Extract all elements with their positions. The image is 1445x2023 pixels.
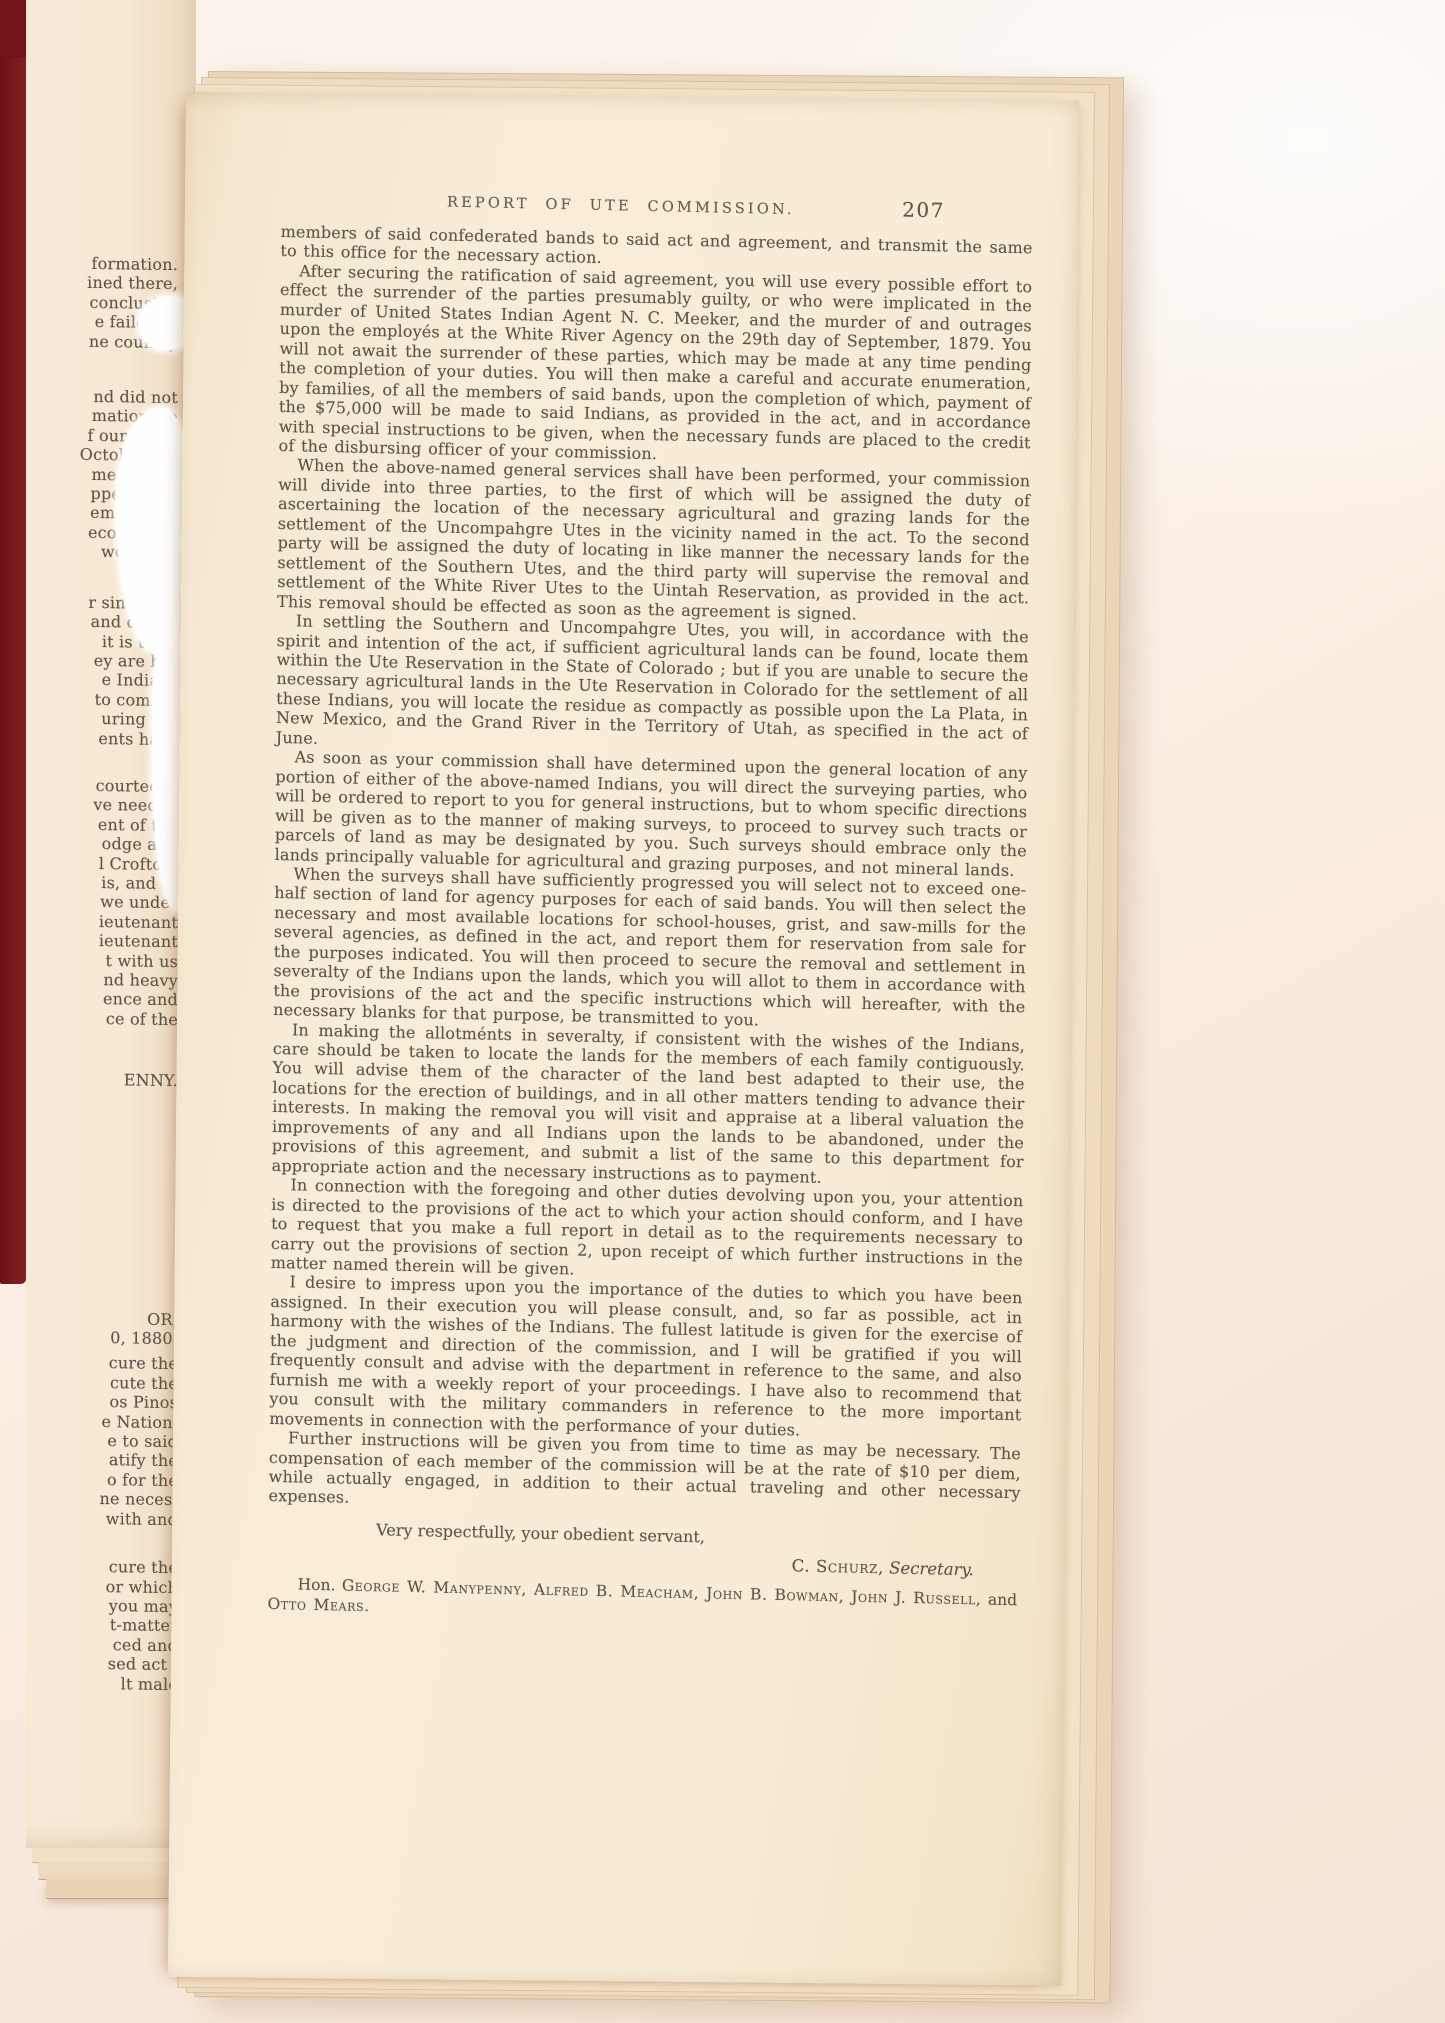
text-fragment-line: t-matter — [26, 1614, 184, 1636]
addressee-conjunction: and — [988, 1590, 1017, 1609]
text-fragment-line: ieutenant — [26, 911, 184, 933]
running-head: REPORT OF UTE COMMISSION. 207 — [281, 187, 1033, 225]
text-fragment-line: cute the — [26, 1372, 184, 1394]
text-fragment-line: e Nation, — [26, 1411, 184, 1433]
body-paragraph: In connection with the foregoing and oth… — [271, 1175, 1024, 1289]
addressee-honorific: Hon. — [298, 1575, 336, 1594]
text-fragment-line: you may — [26, 1595, 184, 1617]
text-fragment-line: OR, — [26, 1308, 184, 1330]
addressee-names: George W. Manypenny, Alfred B. Meacham, … — [342, 1576, 982, 1608]
text-fragment-line: sed act ; — [26, 1653, 184, 1675]
text-fragment-line: o for the — [26, 1469, 184, 1491]
fragment-group: cure thecute theos Pinose Nation,e to sa… — [26, 1352, 184, 1529]
page-number: 207 — [902, 198, 945, 221]
text-fragment-line: e to said — [26, 1430, 184, 1452]
text-fragment-line: with and — [26, 1508, 184, 1530]
text-fragment-line: ne neces- — [26, 1488, 184, 1510]
signature-title: Secretary. — [889, 1558, 974, 1579]
text-fragment-line: cure the — [26, 1352, 184, 1374]
signature-name: C. Schurz, — [792, 1556, 884, 1577]
body-paragraph: In settling the Southern and Uncompahgre… — [276, 611, 1029, 764]
text-fragment-line: ced and — [26, 1634, 184, 1656]
book-cover-edge — [0, 0, 26, 1284]
fragment-group: OR,0, 1880. — [26, 1308, 184, 1349]
text-fragment-line: atify the — [26, 1449, 184, 1471]
body-paragraph: Further instructions will be given you f… — [268, 1428, 1021, 1522]
text-fragment-line: ined there, — [26, 272, 184, 294]
text-fragment-line: or which — [26, 1576, 184, 1598]
text-fragment-line: 0, 1880. — [26, 1327, 184, 1349]
body-paragraph: After securing the ratification of said … — [279, 261, 1033, 472]
text-fragment-line: t with us — [26, 950, 184, 972]
left-page-fragment: formation.ined there,conclusione failed … — [26, 0, 196, 1848]
body-paragraph: As soon as your commission shall have de… — [275, 747, 1028, 880]
report-body: members of said confederated bands to sa… — [268, 222, 1032, 1522]
addressee-last-name: Otto Mears. — [267, 1595, 369, 1615]
text-fragment-line: ieutenant — [26, 930, 184, 952]
fragment-group: cure theor whichyou mayt-matterced andse… — [26, 1556, 184, 1694]
addressee-line: Hon. George W. Manypenny, Alfred B. Meac… — [267, 1574, 1019, 1630]
body-paragraph: When the surveys shall have sufficiently… — [273, 864, 1026, 1036]
text-fragment-line: nd did not — [26, 386, 184, 408]
text-fragment-line: we under — [26, 891, 184, 913]
report-page: REPORT OF UTE COMMISSION. 207 members of… — [168, 92, 1079, 1985]
text-fragment-line: formation. — [26, 253, 184, 275]
page-title: REPORT OF UTE COMMISSION. — [447, 195, 795, 219]
page-content: REPORT OF UTE COMMISSION. 207 members of… — [267, 187, 1033, 1630]
text-fragment-line: os Pinos — [26, 1391, 184, 1413]
text-fragment-line: ENNY. — [26, 1069, 184, 1091]
photograph-of-book-page: formation.ined there,conclusione failed … — [0, 0, 1445, 2023]
valediction: Very respectfully, your obedient servant… — [376, 1520, 1020, 1553]
body-paragraph: I desire to impress upon you the importa… — [269, 1272, 1022, 1444]
text-fragment-line: ce of the — [26, 1008, 184, 1030]
body-paragraph: In making the allotménts in severalty, i… — [272, 1019, 1025, 1191]
text-fragment-line: lt male — [26, 1673, 184, 1695]
text-fragment-line: nd heavy — [26, 969, 184, 991]
text-fragment-line: ence and — [26, 988, 184, 1010]
text-fragment-line: cure the — [26, 1556, 184, 1578]
fragment-group: ENNY. — [26, 1069, 184, 1091]
body-paragraph: When the above-named general services sh… — [277, 455, 1030, 627]
